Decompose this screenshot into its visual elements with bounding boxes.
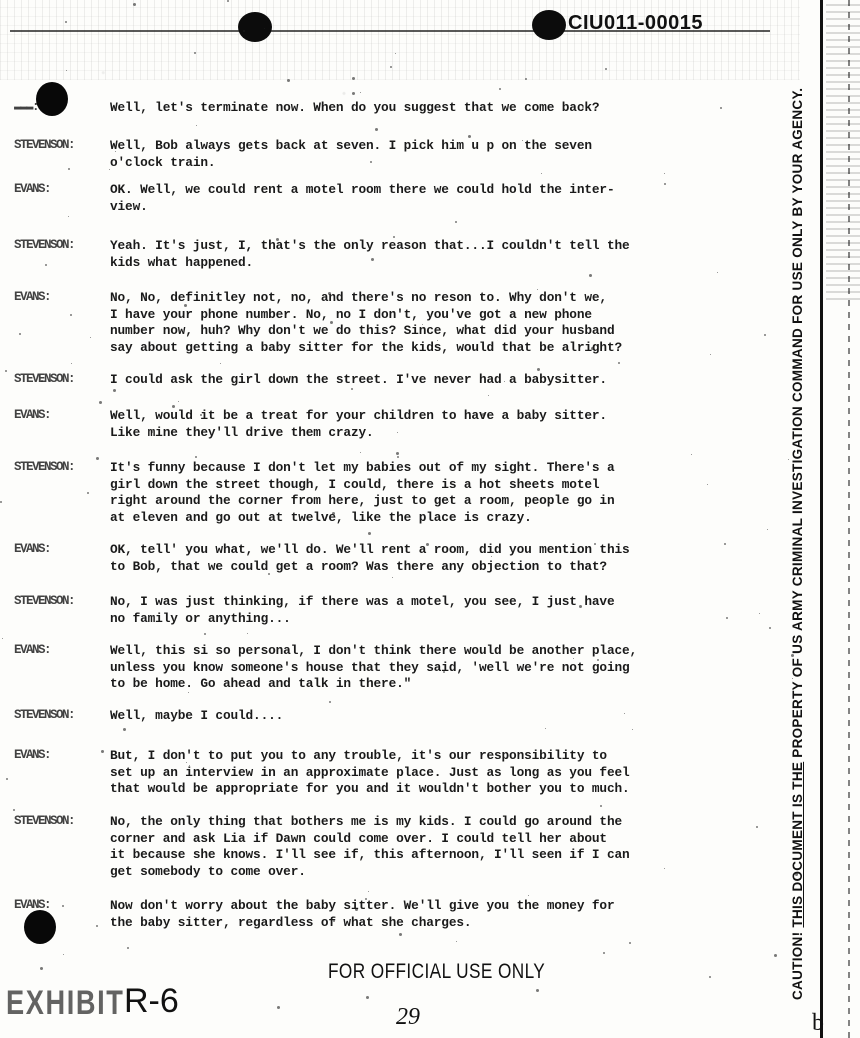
scan-speck [90, 337, 91, 338]
scan-speck [456, 941, 457, 942]
speech-line: Well, would it be a treat for your child… [110, 408, 750, 425]
scan-speck [792, 678, 793, 679]
exhibit-code: R-6 [124, 982, 179, 1021]
scan-speck [178, 401, 179, 402]
speech-line: corner and ask Lia if Dawn could come ov… [110, 831, 750, 848]
speech-line: Like mine they'll drive them crazy. [110, 425, 750, 442]
speech-text: OK, tell' you what, we'll do. We'll rent… [110, 542, 750, 575]
scan-speck [227, 0, 229, 2]
speech-line: the baby sitter, regardless of what she … [110, 915, 750, 932]
scan-speck [371, 258, 374, 261]
speaker-label: STEVENSON: [14, 138, 74, 152]
scan-speck [579, 329, 580, 330]
scan-speck [603, 952, 605, 954]
scan-speck [41, 380, 43, 382]
scan-speck [195, 456, 197, 458]
speaker-label: EVANS: [14, 182, 50, 196]
scan-speck [397, 456, 399, 458]
speaker-label: STEVENSON: [14, 594, 74, 608]
scan-speck [593, 469, 595, 471]
speech-text: Well, Bob always gets back at seven. I p… [110, 138, 750, 171]
binder-hole [238, 12, 272, 42]
speech-line: It's funny because I don't let my babies… [110, 460, 750, 477]
scan-speck [525, 78, 527, 80]
speech-line: But, I don't to put you to any trouble, … [110, 748, 750, 765]
scan-speck [395, 53, 396, 54]
scan-speck [393, 236, 395, 238]
scan-speck [443, 671, 445, 673]
speech-line: to be home. Go ahead and talk in there." [110, 676, 750, 693]
scan-speck [186, 762, 187, 763]
speech-line: OK, tell' you what, we'll do. We'll rent… [110, 542, 750, 559]
speech-text: Yeah. It's just, I, that's the only reas… [110, 238, 750, 271]
scan-speck [123, 728, 126, 731]
scan-speck [216, 789, 219, 792]
speech-line: set up an interview in an approximate pl… [110, 765, 750, 782]
scan-speck [352, 92, 355, 95]
speaker-label: EVANS: [14, 748, 50, 762]
scan-speck [482, 413, 485, 416]
scan-speck [537, 289, 538, 290]
speech-line: No, the only thing that bothers me is my… [110, 814, 750, 831]
scan-speck [536, 989, 539, 992]
margin-rule [820, 0, 823, 1038]
speech-line: Well, maybe I could.... [110, 708, 750, 725]
punch-hole [24, 910, 56, 944]
speaker-label: EVANS: [14, 643, 50, 657]
scan-speck [96, 925, 98, 927]
scan-speck [63, 954, 64, 955]
speech-line: Well, Bob always gets back at seven. I p… [110, 138, 750, 155]
scan-speck [13, 809, 15, 811]
scan-speck [2, 638, 3, 639]
scan-speck [375, 128, 378, 131]
scan-speck [720, 107, 722, 109]
scan-speck [196, 125, 197, 126]
scan-speck [194, 52, 196, 54]
scan-speck [370, 161, 372, 163]
speech-text: I could ask the girl down the street. I'… [110, 372, 750, 389]
speaker-label: ▬▬▬: [14, 100, 38, 114]
scan-speck [45, 264, 47, 266]
scan-speck [360, 92, 361, 93]
scan-speck [579, 605, 582, 608]
scan-speck [764, 334, 766, 336]
scan-speck [360, 452, 361, 453]
scan-speck [468, 135, 471, 138]
caution-rest: PROPERTY OF US ARMY CRIMINAL INVESTIGATI… [790, 88, 805, 758]
scan-speck [99, 401, 102, 404]
scan-speck [573, 658, 574, 659]
scan-speck [277, 1006, 280, 1009]
scan-speck [522, 140, 523, 141]
scan-speck [426, 543, 429, 546]
speech-line: that would be appropriate for you and it… [110, 781, 750, 798]
scan-speck [5, 370, 7, 372]
scan-speck [528, 506, 529, 507]
exhibit-label: EXHIBIT [6, 984, 125, 1023]
scan-speck [220, 363, 221, 364]
scan-speck [528, 895, 529, 896]
speech-line: Now don't worry about the baby sitter. W… [110, 898, 750, 915]
speaker-label: EVANS: [14, 290, 50, 304]
caution-prefix: CAUTION! [790, 932, 805, 1000]
scan-speck [366, 996, 369, 999]
speech-line: OK. Well, we could rent a motel room the… [110, 182, 750, 199]
speaker-label: STEVENSON: [14, 372, 74, 386]
scan-speck [172, 405, 175, 408]
page-number: 29 [396, 1004, 420, 1031]
speech-text: Well, maybe I could.... [110, 708, 750, 725]
scan-speck [397, 432, 398, 433]
speech-line: to Bob, that we could get a room? Was th… [110, 559, 750, 576]
speech-text: Well, this si so personal, I don't think… [110, 643, 750, 693]
speech-text: It's funny because I don't let my babies… [110, 460, 750, 526]
speaker-label: STEVENSON: [14, 814, 74, 828]
scan-speck [101, 750, 104, 753]
document-id: CIU011-00015 [568, 12, 703, 35]
speech-line: number now, huh? Why don't we do this? S… [110, 323, 750, 340]
scan-speck [184, 304, 187, 307]
scan-speck [268, 573, 270, 575]
scan-speck [392, 577, 393, 578]
scan-speck [70, 314, 72, 316]
scan-speck [791, 654, 794, 657]
speech-text: OK. Well, we could rent a motel room the… [110, 182, 750, 215]
scan-speck [591, 347, 594, 350]
scan-speck [189, 765, 190, 766]
scan-speck [691, 454, 692, 455]
speech-line: unless you know someone's house that the… [110, 660, 750, 677]
scan-speck [788, 459, 789, 460]
scan-speck [664, 173, 665, 174]
scan-speck [287, 79, 290, 82]
caution-notice: CAUTION! THIS DOCUMENT IS THE PROPERTY O… [790, 0, 805, 1000]
speaker-label: STEVENSON: [14, 708, 74, 722]
scan-speck [133, 3, 136, 6]
speech-line: girl down the street though, I could, th… [110, 477, 750, 494]
scan-speck [188, 692, 189, 693]
scan-speck [499, 88, 501, 90]
speech-line: it because she knows. I'll see if, this … [110, 847, 750, 864]
scan-speck [488, 395, 489, 396]
scan-speck [66, 70, 67, 71]
scan-speck [355, 908, 358, 911]
scan-speck [23, 552, 24, 553]
speech-line: at eleven and go out at twelve, like the… [110, 510, 750, 527]
scan-speck [491, 556, 492, 557]
scan-speck [264, 28, 265, 29]
scan-speck [756, 826, 758, 828]
punch-hole [36, 82, 68, 116]
scan-speck [759, 613, 760, 614]
scan-speck [68, 168, 70, 170]
scan-speck [200, 414, 202, 416]
scan-speck [726, 617, 728, 619]
scan-speck [333, 920, 335, 922]
scan-speck [560, 788, 561, 789]
scan-noise [826, 0, 860, 300]
scan-speck [276, 238, 279, 241]
speech-line: I could ask the girl down the street. I'… [110, 372, 750, 389]
scan-speck [448, 501, 449, 502]
scan-speck [328, 292, 331, 295]
corner-mark: b [812, 1010, 824, 1037]
scan-speck [247, 249, 249, 251]
scan-speck [624, 713, 625, 714]
scan-speck [594, 543, 596, 545]
speaker-label: STEVENSON: [14, 460, 74, 474]
scan-speck [109, 169, 110, 170]
speech-line: No, No, definitley not, no, and there's … [110, 290, 750, 307]
speech-line: Well, let's terminate now. When do you s… [110, 100, 750, 117]
scan-speck [618, 362, 620, 364]
scan-speck [437, 340, 438, 341]
scan-speck [113, 389, 116, 392]
scan-speck [664, 183, 666, 185]
scan-speck [709, 976, 711, 978]
caution-underlined: THIS DOCUMENT IS THE [790, 762, 805, 928]
speech-line: Well, this si so personal, I don't think… [110, 643, 750, 660]
scan-speck [19, 333, 21, 335]
scan-speck [330, 321, 333, 324]
scan-speck [368, 532, 371, 535]
scan-speck [352, 77, 355, 80]
scan-speck [589, 274, 592, 277]
scan-speck [664, 868, 665, 869]
scan-speck [717, 272, 718, 273]
speech-text: Well, would it be a treat for your child… [110, 408, 750, 441]
scan-speck [329, 701, 331, 703]
speech-line: say about getting a baby sitter for the … [110, 340, 750, 357]
official-use-stamp: FOR OFFICIAL USE ONLY [328, 960, 545, 984]
scan-speck [455, 221, 457, 223]
speech-line: I have your phone number. No, no I don't… [110, 307, 750, 324]
scan-speck [247, 633, 248, 634]
scan-speck [767, 529, 768, 530]
speech-text: But, I don't to put you to any trouble, … [110, 748, 750, 798]
scan-speck [115, 151, 116, 152]
scan-speck [68, 216, 69, 217]
scan-speck [537, 368, 540, 371]
scan-speck [545, 728, 546, 729]
scan-speck [774, 954, 777, 957]
scan-speck [351, 388, 353, 390]
speech-line: Yeah. It's just, I, that's the only reas… [110, 238, 750, 255]
scan-speck [707, 484, 708, 485]
speech-line: o'clock train. [110, 155, 750, 172]
scan-speck [396, 452, 399, 455]
scan-speck [541, 173, 542, 174]
scan-speck [582, 106, 584, 108]
speaker-label: STEVENSON: [14, 238, 74, 252]
speech-text: No, No, definitley not, no, and there's … [110, 290, 750, 356]
scan-speck [40, 967, 43, 970]
speech-line: no family or anything... [110, 611, 750, 628]
scan-speck [504, 381, 505, 382]
scan-speck [6, 778, 8, 780]
scan-speck [629, 942, 631, 944]
speech-text: No, the only thing that bothers me is my… [110, 814, 750, 880]
scan-speck [368, 891, 369, 892]
scan-speck [96, 457, 99, 460]
scan-speck [311, 189, 313, 191]
scan-speck [422, 324, 423, 325]
scan-speck [87, 492, 89, 494]
speech-line: No, I was just thinking, if there was a … [110, 594, 750, 611]
speech-line: view. [110, 199, 750, 216]
scan-speck [65, 21, 67, 23]
speech-line: get somebody to come over. [110, 864, 750, 881]
scan-speck [399, 933, 402, 936]
speech-text: Now don't worry about the baby sitter. W… [110, 898, 750, 931]
speech-line: right around the corner from here, just … [110, 493, 750, 510]
speech-text: No, I was just thinking, if there was a … [110, 594, 750, 627]
speech-text: Well, let's terminate now. When do you s… [110, 100, 750, 117]
document-page: CIU011-00015 CAUTION! THIS DOCUMENT IS T… [0, 0, 860, 1038]
speaker-label: EVANS: [14, 408, 50, 422]
scan-speck [724, 543, 726, 545]
scan-speck [0, 501, 2, 503]
scan-speck [151, 431, 153, 433]
scan-speck [795, 873, 798, 876]
scan-speck [710, 354, 711, 355]
speaker-label: EVANS: [14, 542, 50, 556]
scan-speck [71, 363, 72, 364]
scan-speck [365, 898, 367, 900]
scan-speck [243, 30, 245, 32]
scan-speck [390, 66, 392, 68]
scan-speck [769, 627, 771, 629]
scan-speck [62, 905, 64, 907]
binder-hole [532, 10, 566, 40]
speech-line: kids what happened. [110, 255, 750, 272]
scan-speck [600, 805, 602, 807]
scan-speck [127, 947, 129, 949]
scan-speck [332, 512, 335, 515]
scan-speck [204, 633, 206, 635]
scan-speck [605, 68, 607, 70]
speaker-label: EVANS: [14, 898, 50, 912]
scan-speck [632, 729, 633, 730]
scan-speck [597, 659, 599, 661]
